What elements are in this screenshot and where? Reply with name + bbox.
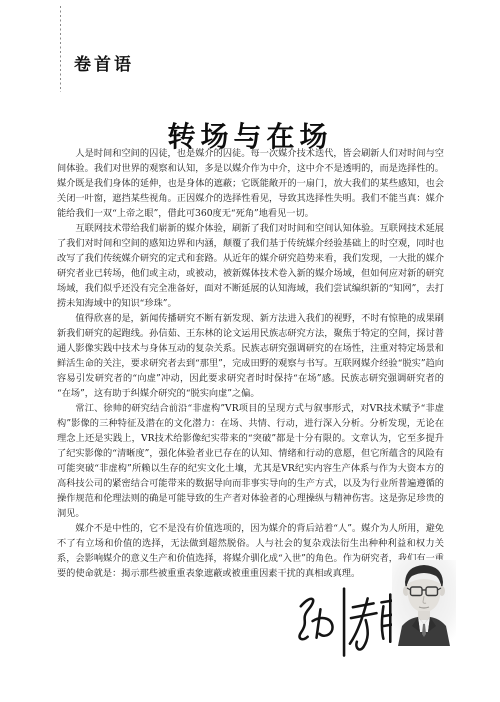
- body-paragraph: 互联网技术带给我们崭新的媒介体验，刷新了我们对时间和空间认知体验。互联网技术延展…: [57, 221, 444, 311]
- dotted-rule: [60, 6, 61, 92]
- signature-block: [288, 558, 460, 672]
- author-signature: [288, 576, 406, 671]
- body-paragraph: 常江、徐帅的研究结合前沿“非虚构”VR项目的呈现方式与叙事形式，对VR技术赋予“…: [57, 401, 444, 521]
- body-paragraph: 值得欣喜的是，新闻传播研究不断有新发现、新方法进入我们的视野，不时有惊艳的成果刷…: [57, 311, 444, 401]
- foreword-page: 卷首语 转场与在场 人是时间和空间的囚徒，也是媒介的囚徒。每一次媒介技术迭代，皆…: [0, 0, 500, 702]
- body-paragraph: 人是时间和空间的囚徒，也是媒介的囚徒。每一次媒介技术迭代，皆会刷新人们对时间与空…: [57, 146, 444, 221]
- author-photo: [392, 560, 456, 646]
- article-body: 人是时间和空间的囚徒，也是媒介的囚徒。每一次媒介技术迭代，皆会刷新人们对时间与空…: [57, 146, 444, 581]
- section-kicker: 卷首语: [74, 50, 134, 75]
